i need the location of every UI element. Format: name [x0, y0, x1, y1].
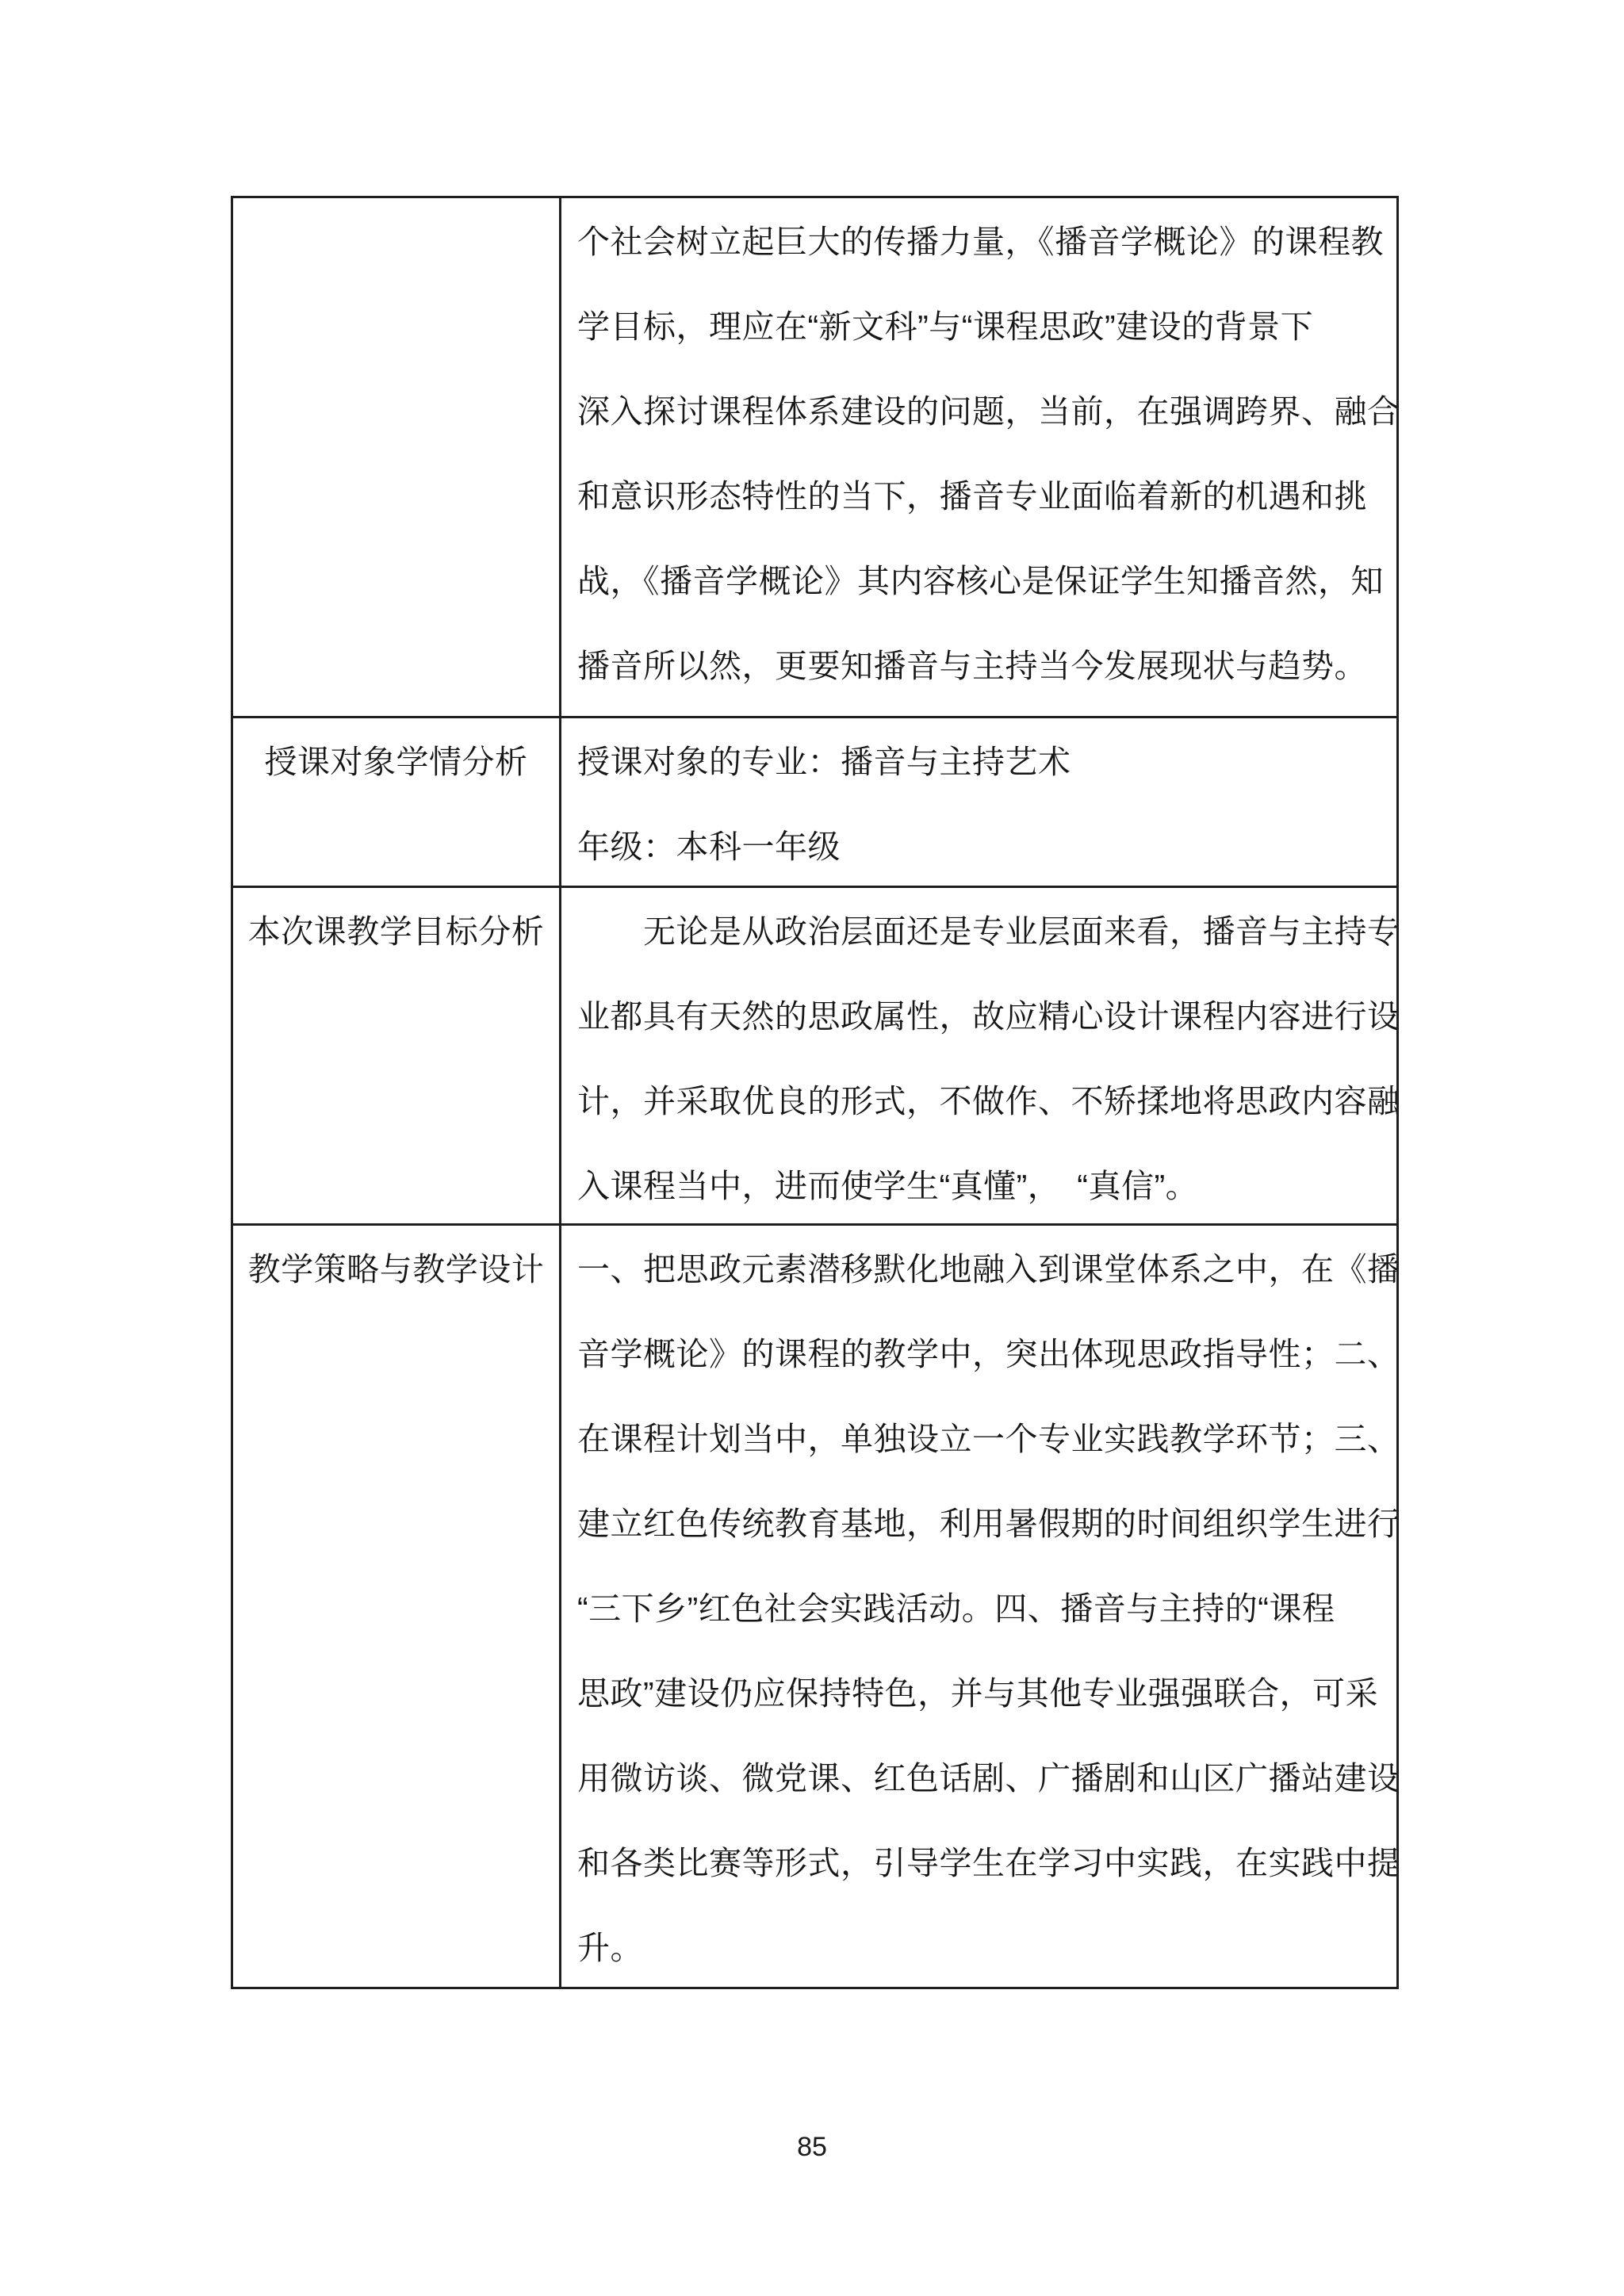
table-row: 个社会树立起巨大的传播力量，《播音学概论》的课程教 学目标，理应在“新文科”与“… — [233, 198, 1396, 716]
row-label-cell: 本次课教学目标分析 — [233, 888, 561, 1223]
cell-text: 一、把思政元素潜移默化地融入到课堂体系之中，在《播 音学概论》的课程的教学中，突… — [577, 1227, 1390, 1987]
row-label: 授课对象学情分析 — [265, 744, 528, 780]
row-label: 教学策略与教学设计 — [248, 1251, 545, 1288]
cell-text: 无论是从政治层面还是专业层面来看，播音与主持专 业都具有天然的思政属性，故应精心… — [577, 890, 1390, 1223]
page-number: 85 — [0, 2130, 1624, 2164]
table-row: 教学策略与教学设计 一、把思政元素潜移默化地融入到课堂体系之中，在《播 音学概论… — [233, 1223, 1396, 1987]
row-content-cell: 一、把思政元素潜移默化地融入到课堂体系之中，在《播 音学概论》的课程的教学中，突… — [561, 1226, 1396, 1987]
row-label-cell: 授课对象学情分析 — [233, 718, 561, 886]
cell-text: 个社会树立起巨大的传播力量，《播音学概论》的课程教 学目标，理应在“新文科”与“… — [577, 200, 1390, 709]
row-content-cell: 无论是从政治层面还是专业层面来看，播音与主持专 业都具有天然的思政属性，故应精心… — [561, 888, 1396, 1223]
row-label: 本次课教学目标分析 — [248, 913, 545, 950]
cell-text: 授课对象的专业：播音与主持艺术 年级：本科一年级 — [577, 720, 1390, 886]
row-content-cell: 个社会树立起巨大的传播力量，《播音学概论》的课程教 学目标，理应在“新文科”与“… — [561, 198, 1396, 716]
document-page: 个社会树立起巨大的传播力量，《播音学概论》的课程教 学目标，理应在“新文科”与“… — [0, 0, 1624, 2296]
row-content-cell: 授课对象的专业：播音与主持艺术 年级：本科一年级 — [561, 718, 1396, 886]
table-row: 本次课教学目标分析 无论是从政治层面还是专业层面来看，播音与主持专 业都具有天然… — [233, 886, 1396, 1223]
row-label-cell — [233, 198, 561, 716]
table-row: 授课对象学情分析 授课对象的专业：播音与主持艺术 年级：本科一年级 — [233, 716, 1396, 886]
row-label-cell: 教学策略与教学设计 — [233, 1226, 561, 1987]
lesson-plan-table: 个社会树立起巨大的传播力量，《播音学概论》的课程教 学目标，理应在“新文科”与“… — [231, 196, 1399, 1989]
